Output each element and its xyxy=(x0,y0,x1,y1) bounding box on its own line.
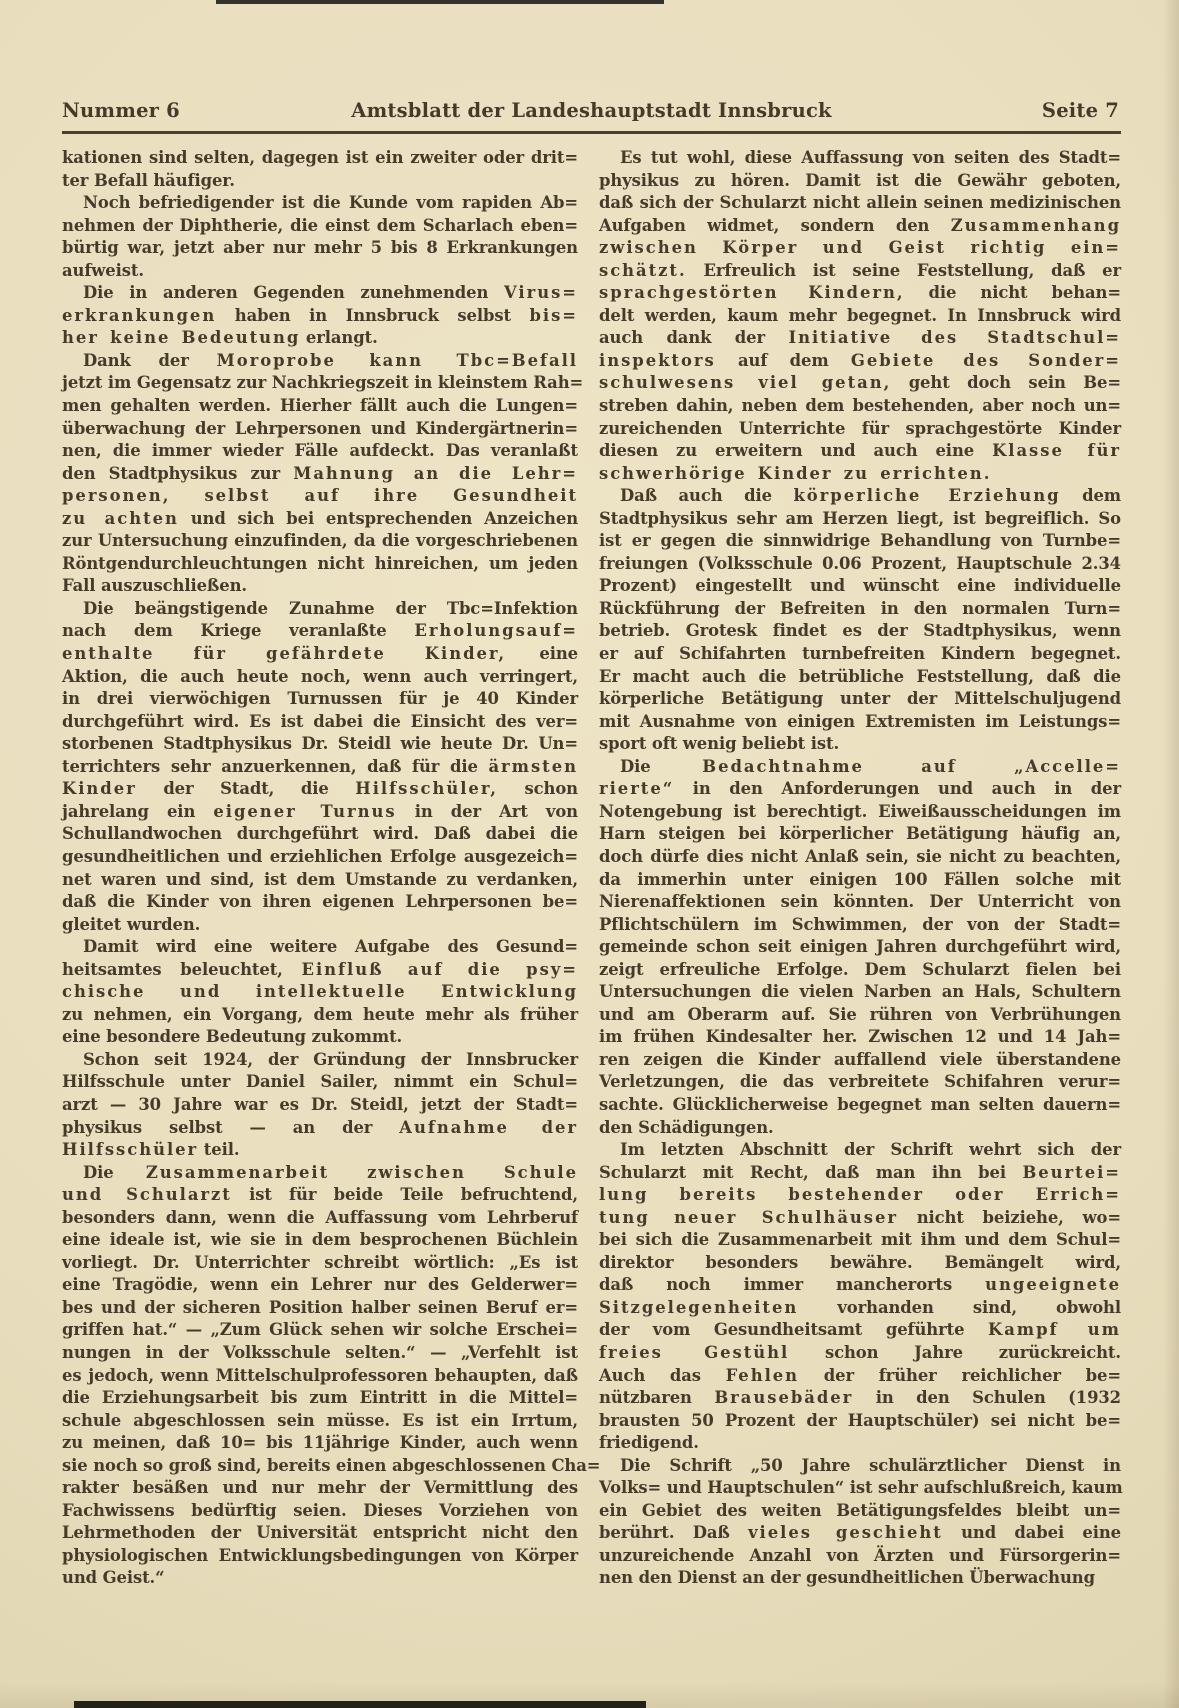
text-line: bes und der sicheren Position halber sei… xyxy=(62,1297,578,1320)
text-line: bürtig war, jetzt aber nur mehr 5 bis 8 … xyxy=(62,237,578,260)
text-line: heitsamtes beleuchtet, Einfluß auf die p… xyxy=(62,959,578,982)
text-line: Schullandwochen durchgeführt wird. Daß d… xyxy=(62,823,578,846)
text-line: Schularzt mit Recht, daß man ihn bei Beu… xyxy=(599,1162,1121,1185)
text-line: Aktion, die auch heute noch, wenn auch v… xyxy=(62,666,578,689)
text-line: Hilfsschüler teil. xyxy=(62,1139,578,1162)
text-line: erkrankungen haben in Innsbruck selbst b… xyxy=(62,305,578,328)
text-line: schule abgeschlossen sein müsse. Es ist … xyxy=(62,1410,578,1433)
text-line: Stadtphysikus sehr am Herzen liegt, ist … xyxy=(599,508,1121,531)
emphasized-text: Aufnahme der xyxy=(399,1118,578,1137)
text-line: griffen hat.“ — „Zum Glück sehen wir sol… xyxy=(62,1319,578,1342)
emphasized-text: bis= xyxy=(529,306,578,325)
text-line: eine besondere Bedeutung zukommt. xyxy=(62,1026,578,1049)
text-line: zureichenden Unterrichte für sprachgestö… xyxy=(599,418,1121,441)
emphasized-text: personen, selbst auf ihre Gesundheit xyxy=(62,486,578,505)
emphasized-text: Initiative des Stadtschul= xyxy=(788,328,1121,347)
text-line: inspektors auf dem Gebiete des Sonder= xyxy=(599,350,1121,373)
text-line: physikus selbst — an der Aufnahme der xyxy=(62,1117,578,1140)
emphasized-text: ungeeignete xyxy=(985,1275,1121,1294)
text-line: unzureichende Anzahl von Ärzten und Fürs… xyxy=(599,1545,1121,1568)
emphasized-text: lung bereits bestehender oder Errich= xyxy=(599,1185,1121,1204)
text-line: Die Bedachtnahme auf „Accelle= xyxy=(599,756,1121,779)
text-line: rakter besäßen und nur mehr der Vermittl… xyxy=(62,1477,578,1500)
text-line: besonders dann, wenn die Auffassung vom … xyxy=(62,1207,578,1230)
emphasized-text: ärmsten xyxy=(488,757,578,776)
text-line: diesen zu erweitern und auch eine Klasse… xyxy=(599,440,1121,463)
text-line: friedigend. xyxy=(599,1432,1121,1455)
text-line: Im letzten Abschnitt der Schrift wehrt s… xyxy=(599,1139,1121,1162)
text-line: Die in anderen Gegenden zunehmenden Viru… xyxy=(62,282,578,305)
text-line: und Schularzt ist für beide Teile befruc… xyxy=(62,1184,578,1207)
text-line: enthalte für gefährdete Kinder, eine xyxy=(62,643,578,666)
text-line: berührt. Daß vieles geschieht und dabei … xyxy=(599,1522,1121,1545)
text-line: brausten 50 Prozent der Hauptschüler) se… xyxy=(599,1410,1121,1433)
text-line: direktor besonders bewähre. Bemängelt wi… xyxy=(599,1252,1121,1275)
emphasized-text: schulwesens viel getan, xyxy=(599,373,891,392)
emphasized-text: chische und intellektuelle Entwicklung xyxy=(62,982,578,1001)
emphasized-text: erkrankungen xyxy=(62,306,216,325)
emphasized-text: Brausebäder xyxy=(714,1388,853,1407)
text-line: Er macht auch die betrübliche Feststellu… xyxy=(599,666,1121,689)
text-line: im frühen Kindesalter her. Zwischen 12 u… xyxy=(599,1026,1121,1049)
text-line: der vom Gesundheitsamt geführte Kampf um xyxy=(599,1319,1121,1342)
emphasized-text: körperliche Erziehung xyxy=(793,486,1060,505)
text-line: Hilfsschule unter Daniel Sailer, nimmt e… xyxy=(62,1071,578,1094)
masthead: Nummer 6 Amtsblatt der Landeshauptstadt … xyxy=(62,99,1121,127)
text-line: nungen in der Volksschule selten.“ — „Ve… xyxy=(62,1342,578,1365)
text-line: physiologischen Entwicklungsbedingungen … xyxy=(62,1545,578,1568)
right-column: Es tut wohl, diese Auffassung von seiten… xyxy=(599,147,1121,1590)
text-line: men gehalten werden. Hierher fällt auch … xyxy=(62,395,578,418)
text-line: Dank der Moroprobe kann Tbc=Befall xyxy=(62,350,578,373)
emphasized-text: rierte“ xyxy=(599,779,674,798)
text-line: sachte. Glücklicherweise begegnet man se… xyxy=(599,1094,1121,1117)
emphasized-text: Hilfsschüler xyxy=(62,1140,198,1159)
text-line: zwischen Körper und Geist richtig ein= xyxy=(599,237,1121,260)
text-line: daß sich der Schularzt nicht allein sein… xyxy=(599,192,1121,215)
emphasized-text: Hilfsschüler, xyxy=(355,779,498,798)
text-line: net waren und sind, ist dem Umstande zu … xyxy=(62,869,578,892)
text-line: freies Gestühl schon Jahre zurückreicht. xyxy=(599,1342,1121,1365)
text-line: auch dank der Initiative des Stadtschul= xyxy=(599,327,1121,350)
text-line: daß die Kinder von ihren eigenen Lehrper… xyxy=(62,891,578,914)
emphasized-text: und Schularzt xyxy=(62,1185,232,1204)
text-line: körperliche Betätigung unter der Mittels… xyxy=(599,688,1121,711)
emphasized-text: freies Gestühl xyxy=(599,1343,789,1362)
emphasized-text: Zusammenhang xyxy=(951,216,1121,235)
article-body: kationen sind selten, dagegen ist ein zw… xyxy=(62,147,1121,1590)
emphasized-text: Erholungsauf= xyxy=(414,621,578,640)
emphasized-text: Bedachtnahme auf „Accelle= xyxy=(702,757,1121,776)
text-line: personen, selbst auf ihre Gesundheit xyxy=(62,485,578,508)
text-line: nehmen der Diphtherie, die einst dem Sch… xyxy=(62,215,578,238)
emphasized-text: inspektors xyxy=(599,351,716,370)
text-line: Schon seit 1924, der Gründung der Innsbr… xyxy=(62,1049,578,1072)
text-line: daß noch immer mancherorts ungeeignete xyxy=(599,1274,1121,1297)
text-line: Nierenaffektionen sein könnten. Der Unte… xyxy=(599,891,1121,914)
emphasized-text: zu achten xyxy=(62,509,179,528)
text-line: vorliegt. Dr. Unterrichter schreibt wört… xyxy=(62,1252,578,1275)
text-line: Kinder der Stadt, die Hilfsschüler, scho… xyxy=(62,778,578,801)
text-line: her keine Bedeutung erlangt. xyxy=(62,327,578,350)
text-line: mit Ausnahme von einigen Extremisten im … xyxy=(599,711,1121,734)
text-line: Noch befriedigender ist die Kunde vom ra… xyxy=(62,192,578,215)
text-line: doch dürfe dies nicht Anlaß sein, sie ni… xyxy=(599,846,1121,869)
text-line: Röntgendurchleuchtungen nicht hinreichen… xyxy=(62,553,578,576)
text-line: Verletzungen, die das verbreitete Schifa… xyxy=(599,1071,1121,1094)
text-line: sie noch so groß sind, bereits einen abg… xyxy=(62,1455,578,1478)
emphasized-text: Moroprobe kann Tbc=Befall xyxy=(217,351,578,370)
text-line: die Erziehungsarbeit bis zum Eintritt in… xyxy=(62,1387,578,1410)
text-line: Damit wird eine weitere Aufgabe des Gesu… xyxy=(62,936,578,959)
text-line: gesundheitlichen und erziehlichen Erfolg… xyxy=(62,846,578,869)
text-line: nen den Dienst an der gesundheitlichen Ü… xyxy=(599,1567,1121,1590)
text-line: eine Tragödie, wenn ein Lehrer nur des G… xyxy=(62,1274,578,1297)
text-line: Daß auch die körperliche Erziehung dem xyxy=(599,485,1121,508)
text-line: kationen sind selten, dagegen ist ein zw… xyxy=(62,147,578,170)
text-line: ein Gebiet des weiten Betätigungsfeldes … xyxy=(599,1500,1121,1523)
text-line: Die Schrift „50 Jahre schulärztlicher Di… xyxy=(599,1455,1121,1478)
issue-number: Nummer 6 xyxy=(62,99,180,122)
text-line: Volks= und Hauptschulen“ ist sehr aufsch… xyxy=(599,1477,1121,1500)
emphasized-text: schwerhörige Kinder zu errichten. xyxy=(599,464,991,483)
text-line: storbenen Stadtphysikus Dr. Steidl wie h… xyxy=(62,733,578,756)
text-line: sprachgestörten Kindern, die nicht behan… xyxy=(599,282,1121,305)
text-line: ter Befall häufiger. xyxy=(62,170,578,193)
text-line: schulwesens viel getan, geht doch sein B… xyxy=(599,372,1121,395)
text-line: Die beängstigende Zunahme der Tbc=Infekt… xyxy=(62,598,578,621)
header-rule xyxy=(62,131,1121,134)
left-column: kationen sind selten, dagegen ist ein zw… xyxy=(62,147,578,1590)
text-line: zeigt erfreuliche Erfolge. Dem Schularzt… xyxy=(599,959,1121,982)
text-line: aufweist. xyxy=(62,260,578,283)
emphasized-text: Einfluß auf die psy= xyxy=(301,960,578,979)
text-line: Rückführung der Befreiten in den normale… xyxy=(599,598,1121,621)
page-title: Amtsblatt der Landeshauptstadt Innsbruck xyxy=(351,99,832,122)
text-line: terrichters sehr anzuerkennen, daß für d… xyxy=(62,756,578,779)
text-line: delt werden, kaum mehr begegnet. In Inns… xyxy=(599,305,1121,328)
text-line: nach dem Kriege veranlaßte Erholungsauf= xyxy=(62,620,578,643)
text-line: Pflichtschülern im Schwimmen, der von de… xyxy=(599,914,1121,937)
emphasized-text: Virus= xyxy=(504,283,578,302)
page-number: Seite 7 xyxy=(1042,99,1119,122)
newspaper-page: Nummer 6 Amtsblatt der Landeshauptstadt … xyxy=(0,0,1179,1708)
text-line: ren zeigen die Kinder auffallend viele ü… xyxy=(599,1049,1121,1072)
text-line: ist er gegen die sinnwidrige Behandlung … xyxy=(599,530,1121,553)
text-line: Fachwissens bedürftig seien. Dieses Vorz… xyxy=(62,1500,578,1523)
emphasized-text: zwischen Körper und Geist richtig ein= xyxy=(599,238,1121,257)
text-line: freiungen (Volksschule 0.06 Prozent, Hau… xyxy=(599,553,1121,576)
emphasized-text: Fehlen xyxy=(726,1366,799,1385)
emphasized-text: sprachgestörten Kindern, xyxy=(599,283,905,302)
text-line: tung neuer Schulhäuser nicht beiziehe, w… xyxy=(599,1207,1121,1230)
text-line: überwachung der Lehrpersonen und Kinderg… xyxy=(62,418,578,441)
text-line: in drei vierwöchigen Turnussen für je 40… xyxy=(62,688,578,711)
text-line: und Geist.“ xyxy=(62,1567,578,1590)
text-line: es jedoch, wenn Mittelschulprofessoren b… xyxy=(62,1365,578,1388)
emphasized-text: Kampf um xyxy=(988,1320,1121,1339)
emphasized-text: Beurtei= xyxy=(1022,1163,1121,1182)
text-line: Auch das Fehlen der früher reichlicher b… xyxy=(599,1365,1121,1388)
scan-artifact-bottom xyxy=(74,1701,646,1708)
emphasized-text: eigener Turnus xyxy=(213,802,396,821)
text-line: zu nehmen, ein Vorgang, dem heute mehr a… xyxy=(62,1004,578,1027)
text-line: betrieb. Grotesk findet es der Stadtphys… xyxy=(599,620,1121,643)
text-line: Es tut wohl, diese Auffassung von seiten… xyxy=(599,147,1121,170)
text-line: Fall auszuschließen. xyxy=(62,575,578,598)
text-line: er auf Schifahrten turnbefreiten Kindern… xyxy=(599,643,1121,666)
text-line: chische und intellektuelle Entwicklung xyxy=(62,981,578,1004)
text-line: rierte“ in den Anforderungen und auch in… xyxy=(599,778,1121,801)
emphasized-text: Sitzgelegenheiten xyxy=(599,1298,798,1317)
text-line: bei sich die Zusammenarbeit mit ihm und … xyxy=(599,1229,1121,1252)
text-line: physikus zu hören. Damit ist die Gewähr … xyxy=(599,170,1121,193)
text-line: nützbaren Brausebäder in den Schulen (19… xyxy=(599,1387,1121,1410)
text-line: den Stadtphysikus zur Mahnung an die Leh… xyxy=(62,463,578,486)
text-line: Aufgaben widmet, sondern den Zusammenhan… xyxy=(599,215,1121,238)
text-line: arzt — 30 Jahre war es Dr. Steidl, jetzt… xyxy=(62,1094,578,1117)
emphasized-text: vieles geschieht xyxy=(748,1523,943,1542)
text-line: Untersuchungen die vielen Narben an Hals… xyxy=(599,981,1121,1004)
text-line: eine ideale ist, wie sie in dem besproch… xyxy=(62,1229,578,1252)
page-edge-shadow-right xyxy=(1163,0,1179,1708)
text-line: sport oft wenig beliebt ist. xyxy=(599,733,1121,756)
text-line: Sitzgelegenheiten vorhanden sind, obwohl xyxy=(599,1297,1121,1320)
emphasized-text: Gebiete des Sonder= xyxy=(851,351,1121,370)
text-line: Lehrmethoden der Universität entspricht … xyxy=(62,1522,578,1545)
text-line: zur Untersuchung einzufinden, da die vor… xyxy=(62,530,578,553)
text-line: streben dahin, neben dem bestehenden, ab… xyxy=(599,395,1121,418)
text-line: schätzt. Erfreulich ist seine Feststellu… xyxy=(599,260,1121,283)
scan-artifact-top xyxy=(216,0,664,4)
text-line: und am Oberarm auf. Sie rühren von Verbr… xyxy=(599,1004,1121,1027)
text-line: schwerhörige Kinder zu errichten. xyxy=(599,463,1121,486)
text-line: jetzt im Gegensatz zur Nachkriegszeit in… xyxy=(62,372,578,395)
emphasized-text: enthalte für gefährdete Kinder, xyxy=(62,644,506,663)
text-line: jahrelang ein eigener Turnus in der Art … xyxy=(62,801,578,824)
text-line: Harn steigen bei körperlicher Betätigung… xyxy=(599,823,1121,846)
emphasized-text: Zusammenarbeit zwischen Schule xyxy=(146,1163,578,1182)
emphasized-text: Kinder xyxy=(62,779,137,798)
text-line: zu meinen, daß 10= bis 11jährige Kinder,… xyxy=(62,1432,578,1455)
text-line: Prozent) eingestellt und wünscht eine in… xyxy=(599,575,1121,598)
text-line: Die Zusammenarbeit zwischen Schule xyxy=(62,1162,578,1185)
text-line: nen, die immer wieder Fälle aufdeckt. Da… xyxy=(62,440,578,463)
emphasized-text: Mahnung an die Lehr= xyxy=(293,464,578,483)
text-line: lung bereits bestehender oder Errich= xyxy=(599,1184,1121,1207)
text-line: Notengebung ist berechtigt. Eiweißaussch… xyxy=(599,801,1121,824)
emphasized-text: Klasse für xyxy=(992,441,1121,460)
text-line: durchgeführt wird. Es ist dabei die Eins… xyxy=(62,711,578,734)
emphasized-text: schätzt. xyxy=(599,261,687,280)
text-line: den Schädigungen. xyxy=(599,1117,1121,1140)
text-line: zu achten und sich bei entsprechenden An… xyxy=(62,508,578,531)
text-line: gemeinde schon seit einigen Jahren durch… xyxy=(599,936,1121,959)
emphasized-text: her keine Bedeutung xyxy=(62,328,300,347)
text-line: gleitet wurden. xyxy=(62,914,578,937)
text-line: da immerhin unter einigen 100 Fällen sol… xyxy=(599,869,1121,892)
emphasized-text: tung neuer Schulhäuser xyxy=(599,1208,898,1227)
